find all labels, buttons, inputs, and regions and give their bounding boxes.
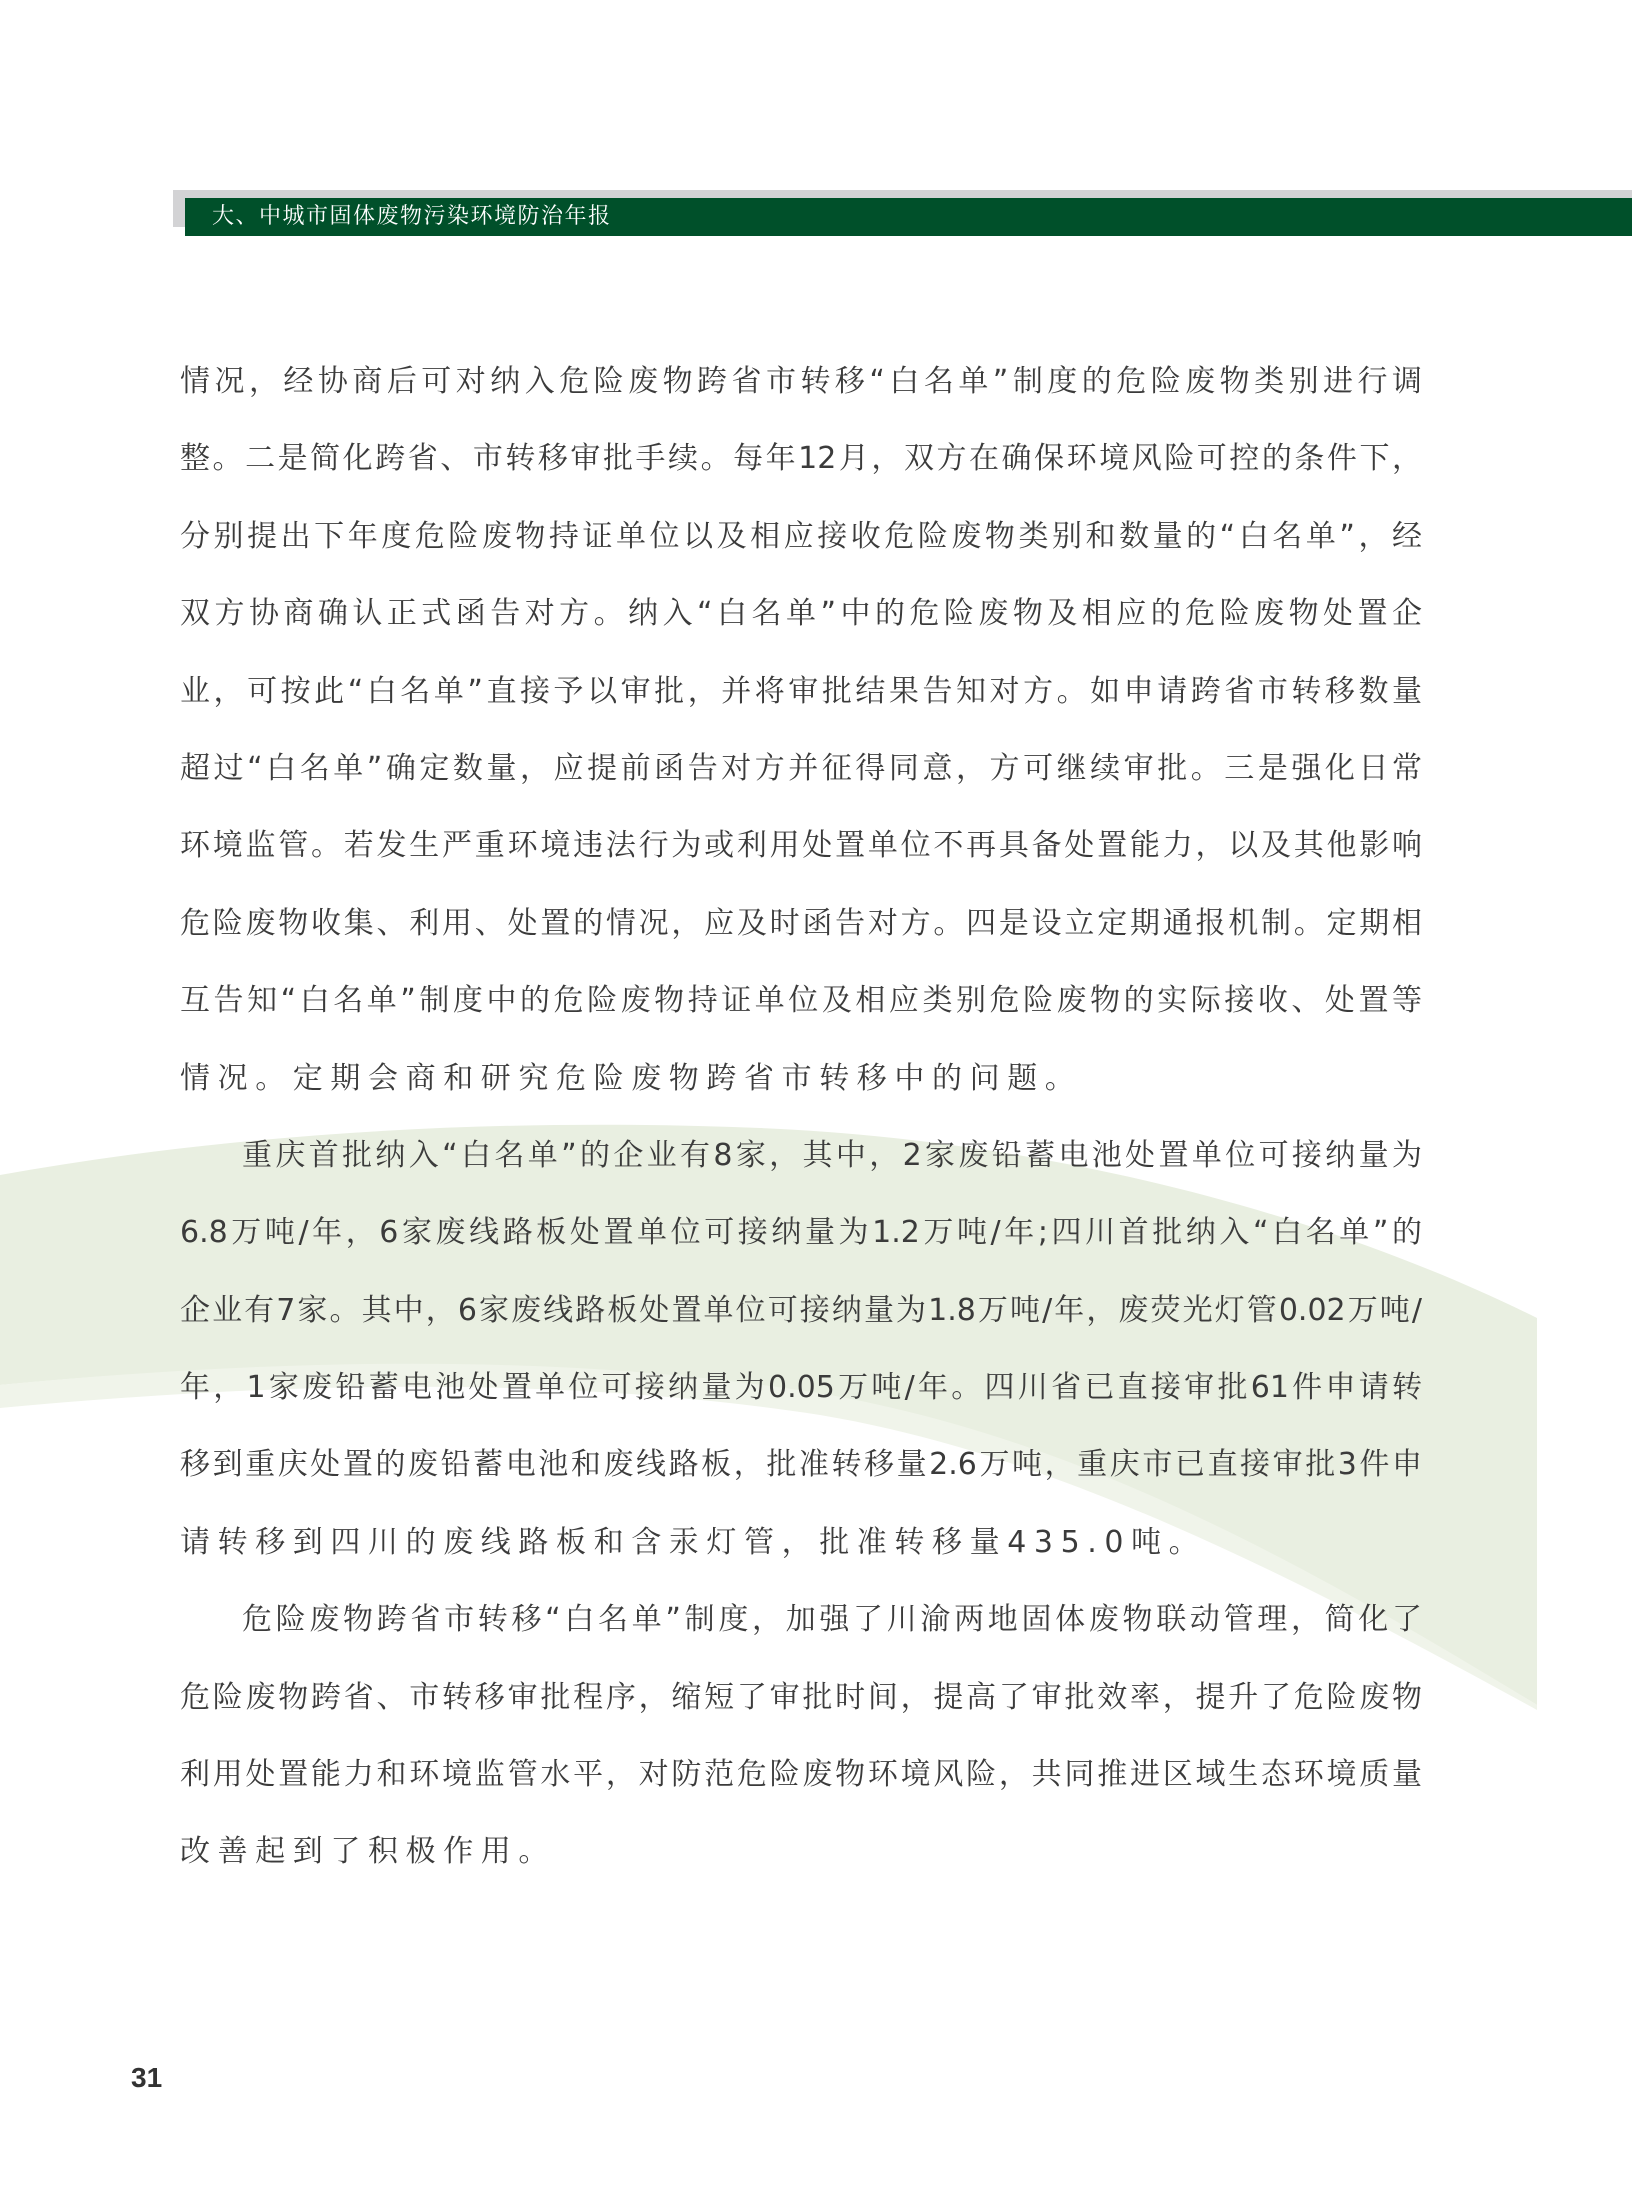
text-line: 超过“白名单”确定数量，应提前函告对方并征得同意，方可继续审批。三是强化日常 (180, 730, 1422, 807)
text-line: 整。二是简化跨省、市转移审批手续。每年12月，双方在确保环境风险可控的条件下， (180, 420, 1422, 497)
text-line: 利用处置能力和环境监管水平，对防范危险废物环境风险，共同推进区域生态环境质量 (180, 1736, 1422, 1813)
paragraph-1: 情况，经协商后可对纳入危险废物跨省市转移“白名单”制度的危险废物类别进行调 整。… (180, 343, 1422, 1117)
text-line: 移到重庆处置的废铅蓄电池和废线路板，批准转移量2.6万吨，重庆市已直接审批3件申 (180, 1426, 1422, 1503)
text-line: 6.8万吨/年，6家废线路板处置单位可接纳量为1.2万吨/年;四川首批纳入“白名… (180, 1194, 1422, 1271)
text-line: 双方协商确认正式函告对方。纳入“白名单”中的危险废物及相应的危险废物处置企 (180, 575, 1422, 652)
text-line: 请转移到四川的废线路板和含汞灯管，批准转移量435.0吨。 (180, 1504, 1422, 1581)
text-line: 改善起到了积极作用。 (180, 1813, 1422, 1890)
body-text: 情况，经协商后可对纳入危险废物跨省市转移“白名单”制度的危险废物类别进行调 整。… (180, 343, 1422, 1891)
text-line: 危险废物跨省市转移“白名单”制度，加强了川渝两地固体废物联动管理，简化了 (180, 1581, 1422, 1658)
text-line: 危险废物收集、利用、处置的情况，应及时函告对方。四是设立定期通报机制。定期相 (180, 885, 1422, 962)
text-line: 年，1家废铅蓄电池处置单位可接纳量为0.05万吨/年。四川省已直接审批61件申请… (180, 1349, 1422, 1426)
text-line: 情况。定期会商和研究危险废物跨省市转移中的问题。 (180, 1040, 1422, 1117)
section-title: 大、中城市固体废物污染环境防治年报 (212, 198, 612, 236)
paragraph-2: 重庆首批纳入“白名单”的企业有8家，其中，2家废铅蓄电池处置单位可接纳量为 6.… (180, 1117, 1422, 1581)
page-number: 31 (131, 2062, 162, 2094)
text-line: 企业有7家。其中，6家废线路板处置单位可接纳量为1.8万吨/年，废荧光灯管0.0… (180, 1272, 1422, 1349)
text-line: 危险废物跨省、市转移审批程序，缩短了审批时间，提高了审批效率，提升了危险废物 (180, 1659, 1422, 1736)
text-line: 情况，经协商后可对纳入危险废物跨省市转移“白名单”制度的危险废物类别进行调 (180, 343, 1422, 420)
paragraph-3: 危险废物跨省市转移“白名单”制度，加强了川渝两地固体废物联动管理，简化了 危险废… (180, 1581, 1422, 1891)
text-line: 互告知“白名单”制度中的危险废物持证单位及相应类别危险废物的实际接收、处置等 (180, 962, 1422, 1039)
text-line: 环境监管。若发生严重环境违法行为或利用处置单位不再具备处置能力，以及其他影响 (180, 807, 1422, 884)
text-line: 业，可按此“白名单”直接予以审批，并将审批结果告知对方。如申请跨省市转移数量 (180, 653, 1422, 730)
text-line: 分别提出下年度危险废物持证单位以及相应接收危险废物类别和数量的“白名单”，经 (180, 498, 1422, 575)
text-line: 重庆首批纳入“白名单”的企业有8家，其中，2家废铅蓄电池处置单位可接纳量为 (180, 1117, 1422, 1194)
